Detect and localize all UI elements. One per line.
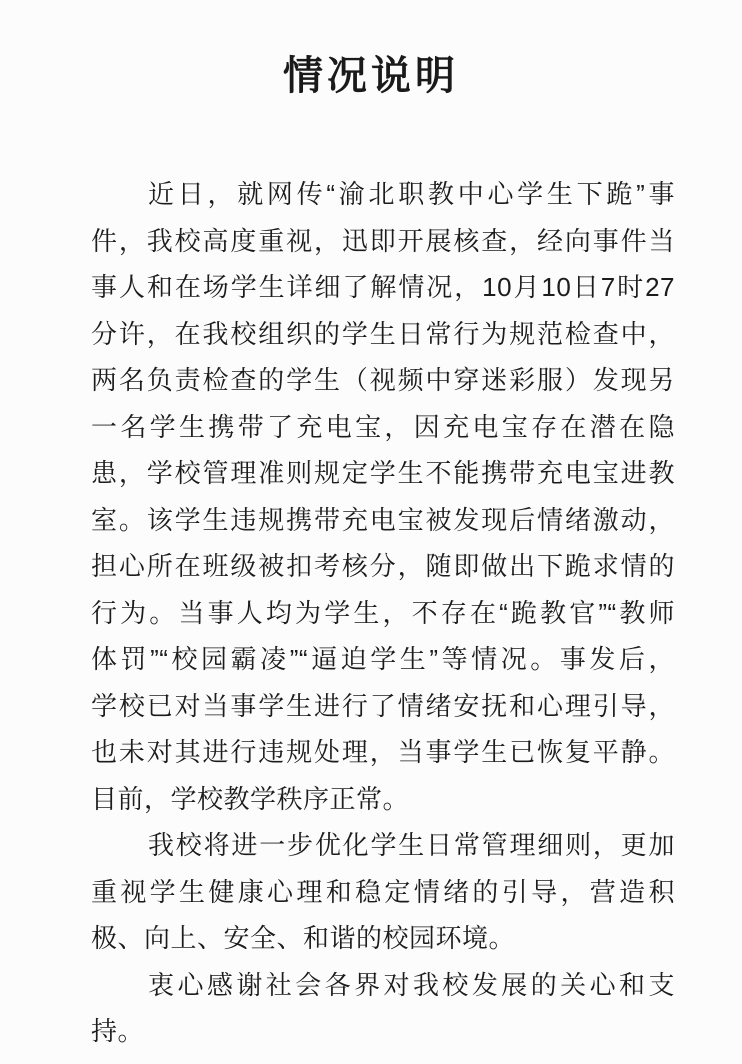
text-line: 事人和在场学生详细了解情况，10月10日7时27 (91, 264, 675, 311)
text-line: 近日，就网传“渝北职教中心学生下跪”事 (91, 171, 675, 218)
text-line: 衷心感谢社会各界对我校发展的关心和支 (91, 962, 675, 1009)
text-line: 我校将进一步优化学生日常管理细则，更加 (91, 822, 675, 869)
text-line: 持。 (91, 1008, 675, 1055)
text-line: 分许，在我校组织的学生日常行为规范检查中， (91, 311, 675, 358)
document-page: 情况说明 近日，就网传“渝北职教中心学生下跪”事件，我校高度重视，迅即开展核查，… (0, 0, 742, 1064)
text-line: 担心所在班级被扣考核分，随即做出下跪求情的 (91, 543, 675, 590)
text-line: 体罚”“校园霸凌”“逼迫学生”等情况。事发后， (91, 636, 675, 683)
text-line: 件，我校高度重视，迅即开展核查，经向事件当 (91, 218, 675, 265)
text-line: 室。该学生违规携带充电宝被发现后情绪激动， (91, 497, 675, 544)
text-line: 行为。当事人均为学生，不存在“跪教官”“教师 (91, 590, 675, 637)
text-line: 重视学生健康心理和稳定情绪的引导，营造积 (91, 869, 675, 916)
text-line: 也未对其进行违规处理，当事学生已恢复平静。 (91, 729, 675, 776)
text-line: 两名负责检查的学生（视频中穿迷彩服）发现另 (91, 357, 675, 404)
document-title: 情况说明 (0, 0, 742, 101)
text-line: 患，学校管理准则规定学生不能携带充电宝进教 (91, 450, 675, 497)
text-line: 学校已对当事学生进行了情绪安抚和心理引导， (91, 683, 675, 730)
text-line: 极、向上、安全、和谐的校园环境。 (91, 915, 675, 962)
document-body: 近日，就网传“渝北职教中心学生下跪”事件，我校高度重视，迅即开展核查，经向事件当… (91, 171, 675, 1055)
text-line: 一名学生携带了充电宝，因充电宝存在潜在隐 (91, 404, 675, 451)
text-line: 目前，学校教学秩序正常。 (91, 776, 675, 823)
